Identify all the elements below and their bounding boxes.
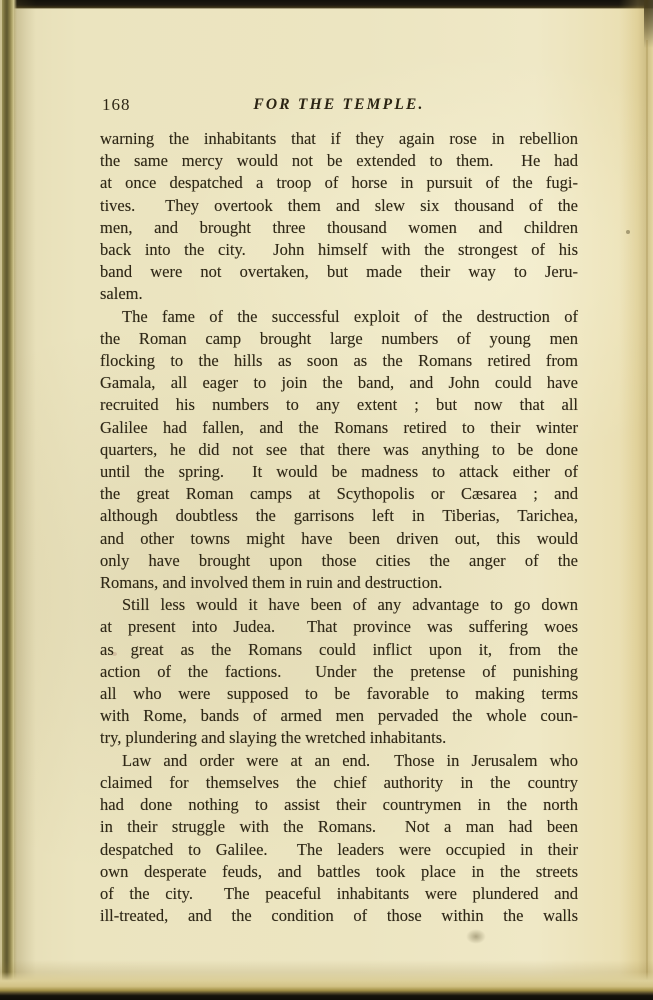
text-line: the same mercy would not be extended to …	[100, 150, 578, 172]
paper-smudge	[466, 929, 486, 944]
page-text: warning the inhabitants that if they aga…	[100, 128, 578, 927]
text-line: Law and order were at an end. Those in J…	[100, 750, 578, 772]
text-line: Still less would it have been of any adv…	[100, 594, 578, 616]
running-title: FOR THE TEMPLE.	[100, 96, 578, 114]
text-line: The fame of the successful exploit of th…	[100, 306, 578, 328]
text-line: recruited his numbers to any extent ; bu…	[100, 394, 578, 416]
paragraph: Still less would it have been of any adv…	[100, 594, 578, 749]
text-line: warning the inhabitants that if they aga…	[100, 128, 578, 150]
page-right-crease	[646, 40, 648, 980]
text-line: Galilee had fallen, and the Romans retir…	[100, 417, 578, 439]
text-line: men, and brought three thousand women an…	[100, 217, 578, 239]
text-line: of the city. The peaceful inhabitants we…	[100, 883, 578, 905]
scan-top-edge	[11, 0, 653, 9]
text-line: back into the city. John himself with th…	[100, 239, 578, 261]
spine-shadow	[14, 0, 36, 1000]
text-line: Romans, and involved them in ruin and de…	[100, 572, 578, 594]
paragraph: The fame of the successful exploit of th…	[100, 306, 578, 595]
text-line: the Roman camp brought large numbers of …	[100, 328, 578, 350]
text-line: action of the factions. Under the preten…	[100, 661, 578, 683]
text-line: with Rome, bands of armed men pervaded t…	[100, 705, 578, 727]
text-line: Gamala, all eager to join the band, and …	[100, 372, 578, 394]
text-line: at once despatched a troop of horse in p…	[100, 172, 578, 194]
text-line: had done nothing to assist their country…	[100, 794, 578, 816]
text-line: tives. They overtook them and slew six t…	[100, 195, 578, 217]
text-line: as great as the Romans could inflict upo…	[100, 639, 578, 661]
text-line: despatched to Galilee. The leaders were …	[100, 839, 578, 861]
text-line: all who were supposed to be favorable to…	[100, 683, 578, 705]
text-line: and other towns might have been driven o…	[100, 528, 578, 550]
text-line: band were not overtaken, but made their …	[100, 261, 578, 283]
text-line: only have brought upon those cities the …	[100, 550, 578, 572]
text-line: salem.	[100, 283, 578, 305]
text-line: claimed for themselves the chief authori…	[100, 772, 578, 794]
paper-speck	[626, 230, 630, 234]
text-line: quarters, he did not see that there was …	[100, 439, 578, 461]
text-line: in their struggle with the Romans. Not a…	[100, 816, 578, 838]
text-line: flocking to the hills as soon as the Rom…	[100, 350, 578, 372]
page-header: 168 FOR THE TEMPLE.	[100, 95, 578, 115]
text-line: at present into Judea. That province was…	[100, 616, 578, 638]
text-line: own desperate feuds, and battles took pl…	[100, 861, 578, 883]
paragraph: warning the inhabitants that if they aga…	[100, 128, 578, 306]
text-line: until the spring. It would be madness to…	[100, 461, 578, 483]
paragraph: Law and order were at an end. Those in J…	[100, 750, 578, 928]
text-line: try, plundering and slaying the wretched…	[100, 727, 578, 749]
text-line: ill-treated, and the condition of those …	[100, 905, 578, 927]
text-line: although doubtless the garrisons left in…	[100, 505, 578, 527]
text-line: the great Roman camps at Scythopolis or …	[100, 483, 578, 505]
scanned-book-page: 168 FOR THE TEMPLE. warning the inhabita…	[0, 0, 653, 1000]
page-bottom-stack-edge	[0, 960, 653, 1000]
